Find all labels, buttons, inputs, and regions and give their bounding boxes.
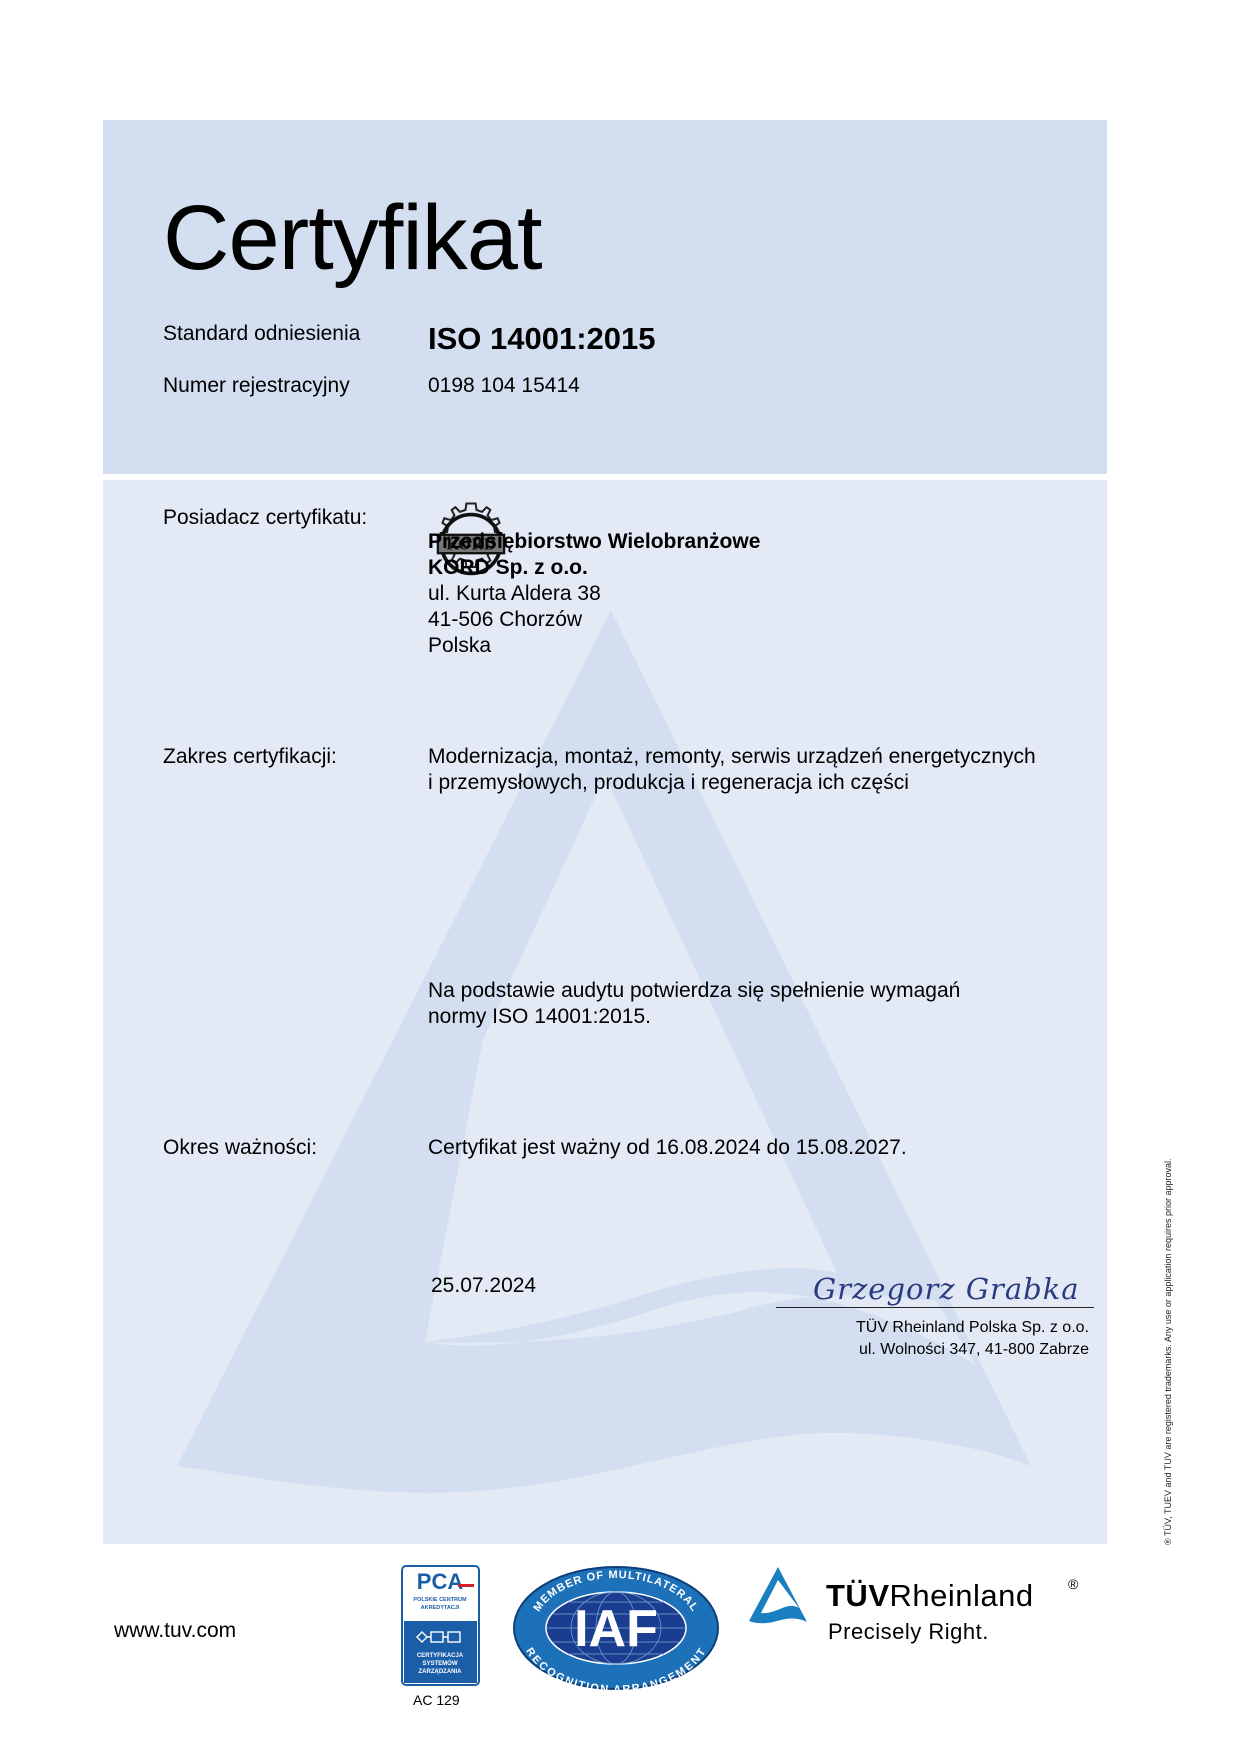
issuer-block: TÜV Rheinland Polska Sp. z o.o. ul. Woln… (856, 1317, 1089, 1362)
svg-text:PCA: PCA (417, 1569, 464, 1594)
header-band (103, 120, 1107, 474)
scope-label: Zakres certyfikacji: (163, 744, 337, 770)
validity-label: Okres ważności: (163, 1135, 317, 1161)
svg-text:ZARZĄDZANIA: ZARZĄDZANIA (419, 1669, 463, 1675)
registration-value: 0198 104 15414 (428, 373, 580, 399)
standard-label: Standard odniesienia (163, 321, 360, 347)
tuv-triangle-logo-icon (747, 1566, 809, 1626)
registration-label: Numer rejestracyjny (163, 373, 350, 399)
scope-line2: i przemysłowych, produkcja i regeneracja… (428, 770, 909, 796)
tuv-tagline: Precisely Right. (828, 1619, 989, 1645)
svg-text:IAF: IAF (574, 1600, 658, 1658)
issue-date: 25.07.2024 (431, 1273, 536, 1299)
svg-text:SYSTEMÓW: SYSTEMÓW (422, 1659, 457, 1667)
svg-text:CERTYFIKACJA: CERTYFIKACJA (417, 1653, 464, 1659)
statement-line1: Na podstawie audytu potwierdza się spełn… (428, 978, 960, 1004)
svg-text:POLSKIE CENTRUM: POLSKIE CENTRUM (413, 1597, 467, 1603)
certificate-title: Certyfikat (163, 192, 542, 284)
scope-line1: Modernizacja, montaż, remonty, serwis ur… (428, 744, 1036, 770)
footer-url[interactable]: www.tuv.com (114, 1619, 236, 1643)
holder-address-line2: 41-506 Chorzów (428, 607, 582, 633)
validity-value: Certyfikat jest ważny od 16.08.2024 do 1… (428, 1135, 907, 1161)
statement-line2: normy ISO 14001:2015. (428, 1004, 651, 1030)
holder-label: Posiadacz certyfikatu: (163, 505, 367, 531)
iaf-mla-logo-icon: IAF MEMBER OF MULTILATERAL RECOGNITION A… (513, 1566, 719, 1690)
trademark-note: ® TÜV, TUEV and TUV are registered trade… (1163, 1159, 1173, 1546)
signature-line (776, 1307, 1094, 1308)
pca-code: AC 129 (413, 1692, 460, 1708)
holder-address-line3: Polska (428, 633, 491, 659)
issuer-line1: TÜV Rheinland Polska Sp. z o.o. (856, 1317, 1089, 1339)
standard-value: ISO 14001:2015 (428, 320, 656, 359)
svg-text:AKREDYTACJI: AKREDYTACJI (421, 1605, 460, 1611)
holder-name-line1: Przedsiębiorstwo Wielobranżowe (428, 529, 760, 555)
tuv-rheinland-wordmark: TÜVRheinland (826, 1580, 1034, 1611)
signature: Grzegorz Grabka (813, 1272, 1080, 1306)
holder-address-line1: ul. Kurta Aldera 38 (428, 581, 601, 607)
certificate-panel: Certyfikat Standard odniesienia ISO 1400… (103, 120, 1107, 1544)
pca-accreditation-logo-icon: PCA POLSKIE CENTRUM AKREDYTACJI CERTYFIK… (401, 1565, 480, 1686)
issuer-line2: ul. Wolności 347, 41-800 Zabrze (856, 1339, 1089, 1361)
holder-name-line2: KORD Sp. z o.o. (428, 555, 588, 581)
registered-mark: ® (1068, 1576, 1078, 1592)
